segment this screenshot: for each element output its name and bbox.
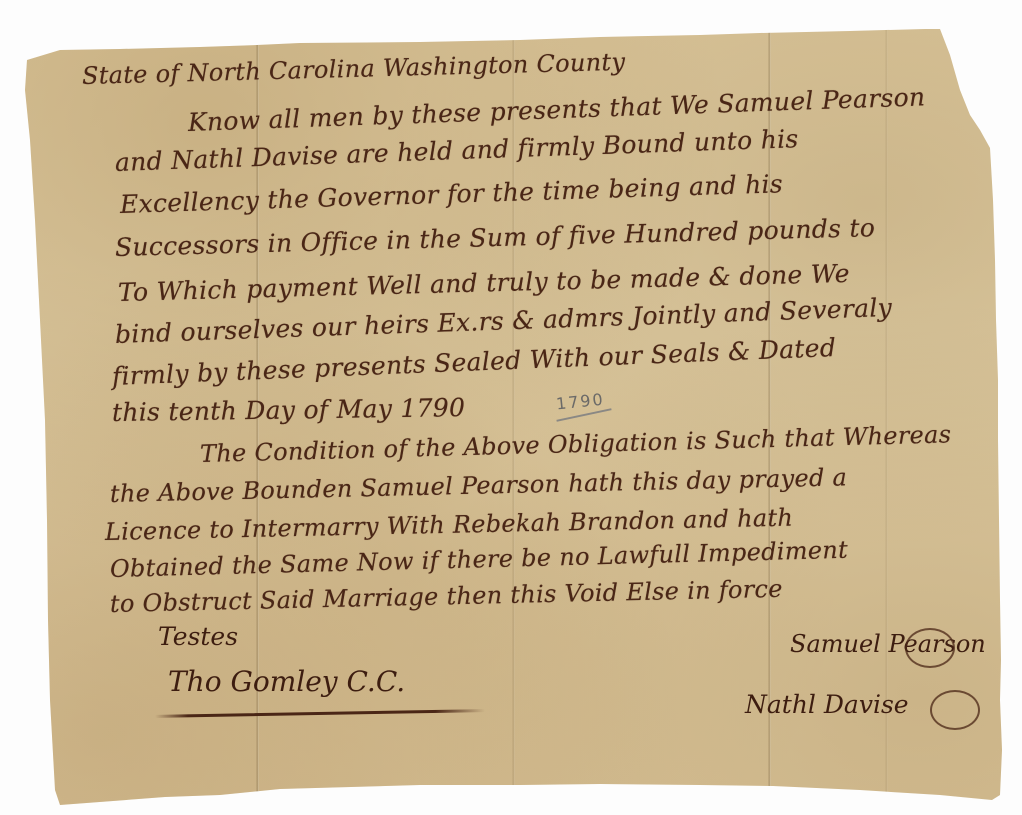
condition-line: The Condition of the Above Obligation is… — [200, 420, 952, 468]
body-line: Successors in Office in the Sum of five … — [115, 213, 876, 262]
witness-flourish — [155, 709, 485, 718]
document-header: State of North Carolina Washington Count… — [82, 48, 626, 90]
body-line: Know all men by these presents that We S… — [187, 82, 925, 137]
signature-nathl: Nathl Davise — [745, 690, 909, 719]
condition-line: to Obstruct Said Marriage then this Void… — [110, 575, 783, 618]
signature-samuel: Samuel Pearson — [790, 630, 986, 658]
handwritten-text: State of North Carolina Washington Count… — [0, 0, 1022, 815]
seal-mark — [930, 690, 980, 730]
body-line: this tenth Day of May 1790 — [112, 393, 466, 427]
body-line: Excellency the Governor for the time bei… — [120, 169, 784, 219]
witness-signature: Tho Gomley C.C. — [168, 665, 405, 698]
scan-background: State of North Carolina Washington Count… — [0, 0, 1022, 815]
seal-mark — [905, 628, 955, 668]
witness-label: Testes — [158, 622, 238, 651]
condition-line: the Above Bounden Samuel Pearson hath th… — [110, 463, 848, 508]
